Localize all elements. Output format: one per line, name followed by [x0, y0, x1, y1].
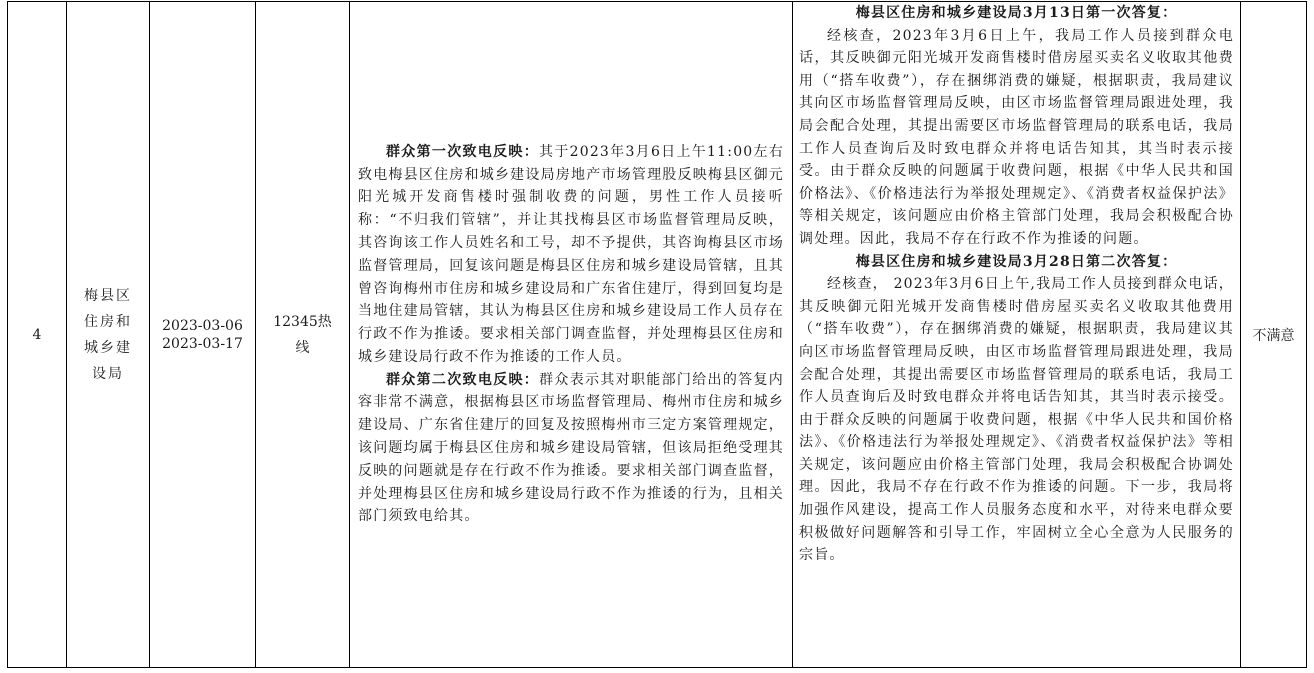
complaint-first-label: 群众第一次致电反映： [386, 144, 539, 160]
reply-second-text: 经核查， 2023年3月6日上午,我局工作人员接到群众电话，其反映御元阳光城开发… [799, 273, 1234, 567]
responsible-unit-cell: 梅县区住房和城乡建设局 [67, 2, 150, 668]
complaint-content-cell: 群众第一次致电反映：其于2023年3月6日上午11:00左右致电梅县区住房和城乡… [350, 2, 793, 668]
complaint-second-label: 群众第二次致电反映： [386, 372, 539, 388]
date-closed: 2023-03-17 [150, 335, 255, 353]
table-row: 4 梅县区住房和城乡建设局 2023-03-06 2023-03-17 1234… [8, 2, 1307, 668]
complaint-second-text: 群众表示其对职能部门给出的答复内容非常不满意，根据梅县区市场监督管理局、梅州市住… [358, 372, 784, 525]
responsible-unit: 梅县区住房和城乡建设局 [81, 283, 135, 387]
complaint-table: 4 梅县区住房和城乡建设局 2023-03-06 2023-03-17 1234… [7, 1, 1307, 668]
dates-cell: 2023-03-06 2023-03-17 [150, 2, 256, 668]
complaint-second-paragraph: 群众第二次致电反映：群众表示其对职能部门给出的答复内容非常不满意，根据梅县区市场… [358, 369, 784, 529]
reply-second-heading: 梅县区住房和城乡建设局3月28日第二次答复： [799, 251, 1234, 274]
source-cell: 12345热线 [256, 2, 350, 668]
row-number: 4 [8, 2, 67, 668]
satisfaction-result: 不满意 [1241, 2, 1307, 668]
reply-content-cell: 梅县区住房和城乡建设局3月13日第一次答复： 经核查，2023年3月6日上午，我… [793, 2, 1241, 668]
date-received: 2023-03-06 [150, 317, 255, 335]
complaint-first-paragraph: 群众第一次致电反映：其于2023年3月6日上午11:00左右致电梅县区住房和城乡… [358, 141, 784, 369]
complaint-source: 12345热线 [268, 309, 338, 361]
reply-first-heading: 梅县区住房和城乡建设局3月13日第一次答复： [799, 2, 1234, 25]
reply-first-text: 经核查，2023年3月6日上午，我局工作人员接到群众电话，其反映御元阳光城开发商… [799, 25, 1234, 251]
complaint-first-text: 其于2023年3月6日上午11:00左右致电梅县区住房和城乡建设局房地产市场管理… [358, 144, 784, 365]
